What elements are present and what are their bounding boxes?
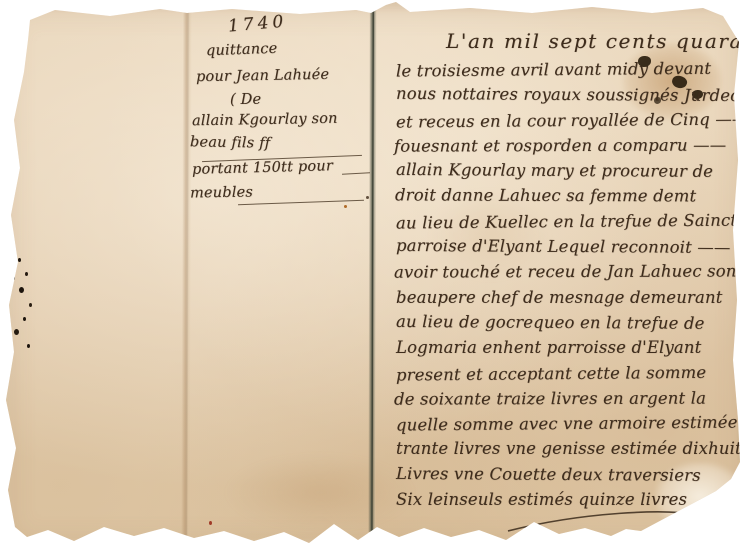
fold-crease-left [181, 8, 192, 540]
margin-rule-dot [366, 196, 369, 199]
manuscript-line: trante livres vne genisse estimée dixhui… [396, 436, 746, 461]
manuscript-line: present et acceptant cette la somme [396, 359, 746, 387]
margin-note-line: quittance [206, 41, 278, 59]
margin-note-line: ( De [230, 92, 261, 108]
manuscript-line: au lieu de gocrequeo en la trefue de [396, 309, 746, 336]
left-edge-ink-specks [18, 258, 21, 262]
paper-speck [344, 205, 347, 208]
manuscript-line: nous nottaires royaux soussignés Jurdec [396, 81, 746, 108]
margin-note-line: allain Kgourlay son [192, 111, 338, 130]
manuscript-line: au lieu de Kuellec en la trefue de Sainc… [396, 207, 746, 235]
manuscript-scan: 1740 quittance pour Jean Lahuée ( De all… [0, 0, 750, 552]
manuscript-line: Logmaria enhent parroisse d'Elyant [396, 335, 746, 360]
manuscript-line: L'an mil sept cents quarante [396, 26, 746, 57]
margin-note-line: pour Jean Lahuée [196, 67, 329, 85]
manuscript-line: le troisiesme avril avant midy devant [396, 55, 746, 83]
manuscript-line: allain Kgourlay mary et procureur de [396, 157, 746, 184]
paper-speck [209, 521, 212, 525]
manuscript-line: fouesnant et rosporden a comparu —— [394, 132, 744, 159]
manuscript-line: Livres vne Couette deux traversiers [396, 461, 746, 488]
center-fold-line [368, 8, 376, 532]
paper-sheet: 1740 quittance pour Jean Lahuée ( De all… [0, 0, 750, 552]
manuscript-line: et receus en la cour royallée de Cinq —— [396, 106, 746, 134]
main-text-column: L'an mil sept cents quarante le troisies… [396, 26, 746, 512]
manuscript-line: parroise d'Elyant Lequel reconnoit —— [396, 233, 746, 260]
manuscript-line: beaupere chef de mesnage demeurant [396, 285, 746, 310]
manuscript-line: quelle somme avec vne armoire estimée [396, 410, 746, 438]
bottom-stain [225, 455, 415, 530]
manuscript-line: de soixante traize livres en argent la [394, 385, 744, 412]
manuscript-line: droit danne Lahuec sa femme demt [395, 183, 745, 210]
margin-note-line: beau fils ff [190, 134, 271, 151]
manuscript-line: avoir touché et receu de Jan Lahuec son [394, 259, 744, 286]
paraph-flourish-signature [498, 503, 746, 549]
margin-note-line: meubles [190, 184, 253, 201]
right-edge-shadow [736, 30, 744, 460]
